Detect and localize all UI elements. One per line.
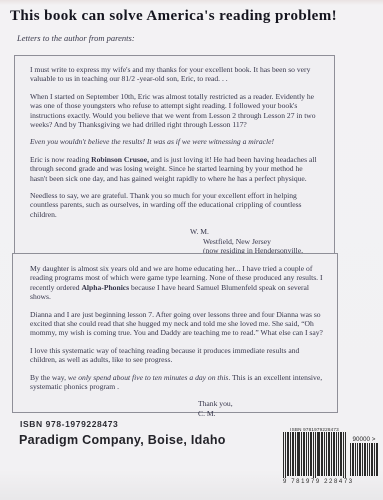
- barcode-supplement-value: 90000 >: [349, 436, 379, 443]
- barcode: ISBN 9781979228473: [283, 427, 378, 491]
- letter1-paragraph-1: I must write to express my wife's and my…: [30, 65, 321, 84]
- book-title-alpha-phonics: Alpha-Phonics: [81, 283, 129, 292]
- letter2-paragraph-2: Dianna and I are just beginning lesson 7…: [30, 310, 323, 338]
- barcode-isbn-top-text: ISBN 9781979228473: [283, 427, 346, 432]
- letter1-paragraph-3: Even you wouldn't believe the results! I…: [30, 137, 321, 146]
- letter2-signature-thanks: Thank you,: [198, 399, 323, 408]
- book-back-cover: This book can solve America's reading pr…: [0, 0, 383, 500]
- letter2-signature-initials: C. M.: [198, 409, 323, 418]
- letter1-paragraph-4: Eric is now reading Robinson Crusoe, and…: [30, 155, 321, 183]
- letter1-signature-city: Westfield, New Jersey: [203, 237, 321, 246]
- page-title: This book can solve America's reading pr…: [10, 8, 378, 25]
- publisher-text: Paradigm Company, Boise, Idaho: [19, 433, 226, 447]
- barcode-main: ISBN 9781979228473: [283, 427, 346, 485]
- letter2-p4-emphasis: we only spend about five to ten minutes …: [68, 373, 229, 382]
- letter1-p4-text: Eric is now reading: [30, 155, 91, 164]
- barcode-supplement: 90000 >: [349, 436, 379, 476]
- letter2-paragraph-1: My daughter is almost six years old and …: [30, 264, 323, 302]
- barcode-supplement-bars: [350, 443, 378, 476]
- isbn-text: ISBN 978-1979228473: [20, 419, 118, 429]
- letter1-paragraph-2: When I started on September 10th, Eric w…: [30, 92, 321, 130]
- letter-box-2: My daughter is almost six years old and …: [12, 253, 338, 413]
- letter2-paragraph-4: By the way, we only spend about five to …: [30, 373, 323, 392]
- letters-subtitle: Letters to the author from parents:: [17, 33, 135, 43]
- letter1-signature-initials: W. M.: [190, 227, 321, 236]
- letter-box-1: I must write to express my wife's and my…: [14, 55, 335, 254]
- book-title-robinson-crusoe: Robinson Crusoe,: [91, 155, 149, 164]
- letter2-p4-text: By the way,: [30, 373, 68, 382]
- letter1-paragraph-5: Needless to say, we are grateful. Thank …: [30, 191, 321, 219]
- barcode-bars: [283, 432, 346, 478]
- letter2-signature: Thank you, C. M.: [198, 399, 323, 418]
- letter2-paragraph-3: I love this systematic way of teaching r…: [30, 346, 323, 365]
- barcode-number: 9 781979 228473: [283, 479, 346, 485]
